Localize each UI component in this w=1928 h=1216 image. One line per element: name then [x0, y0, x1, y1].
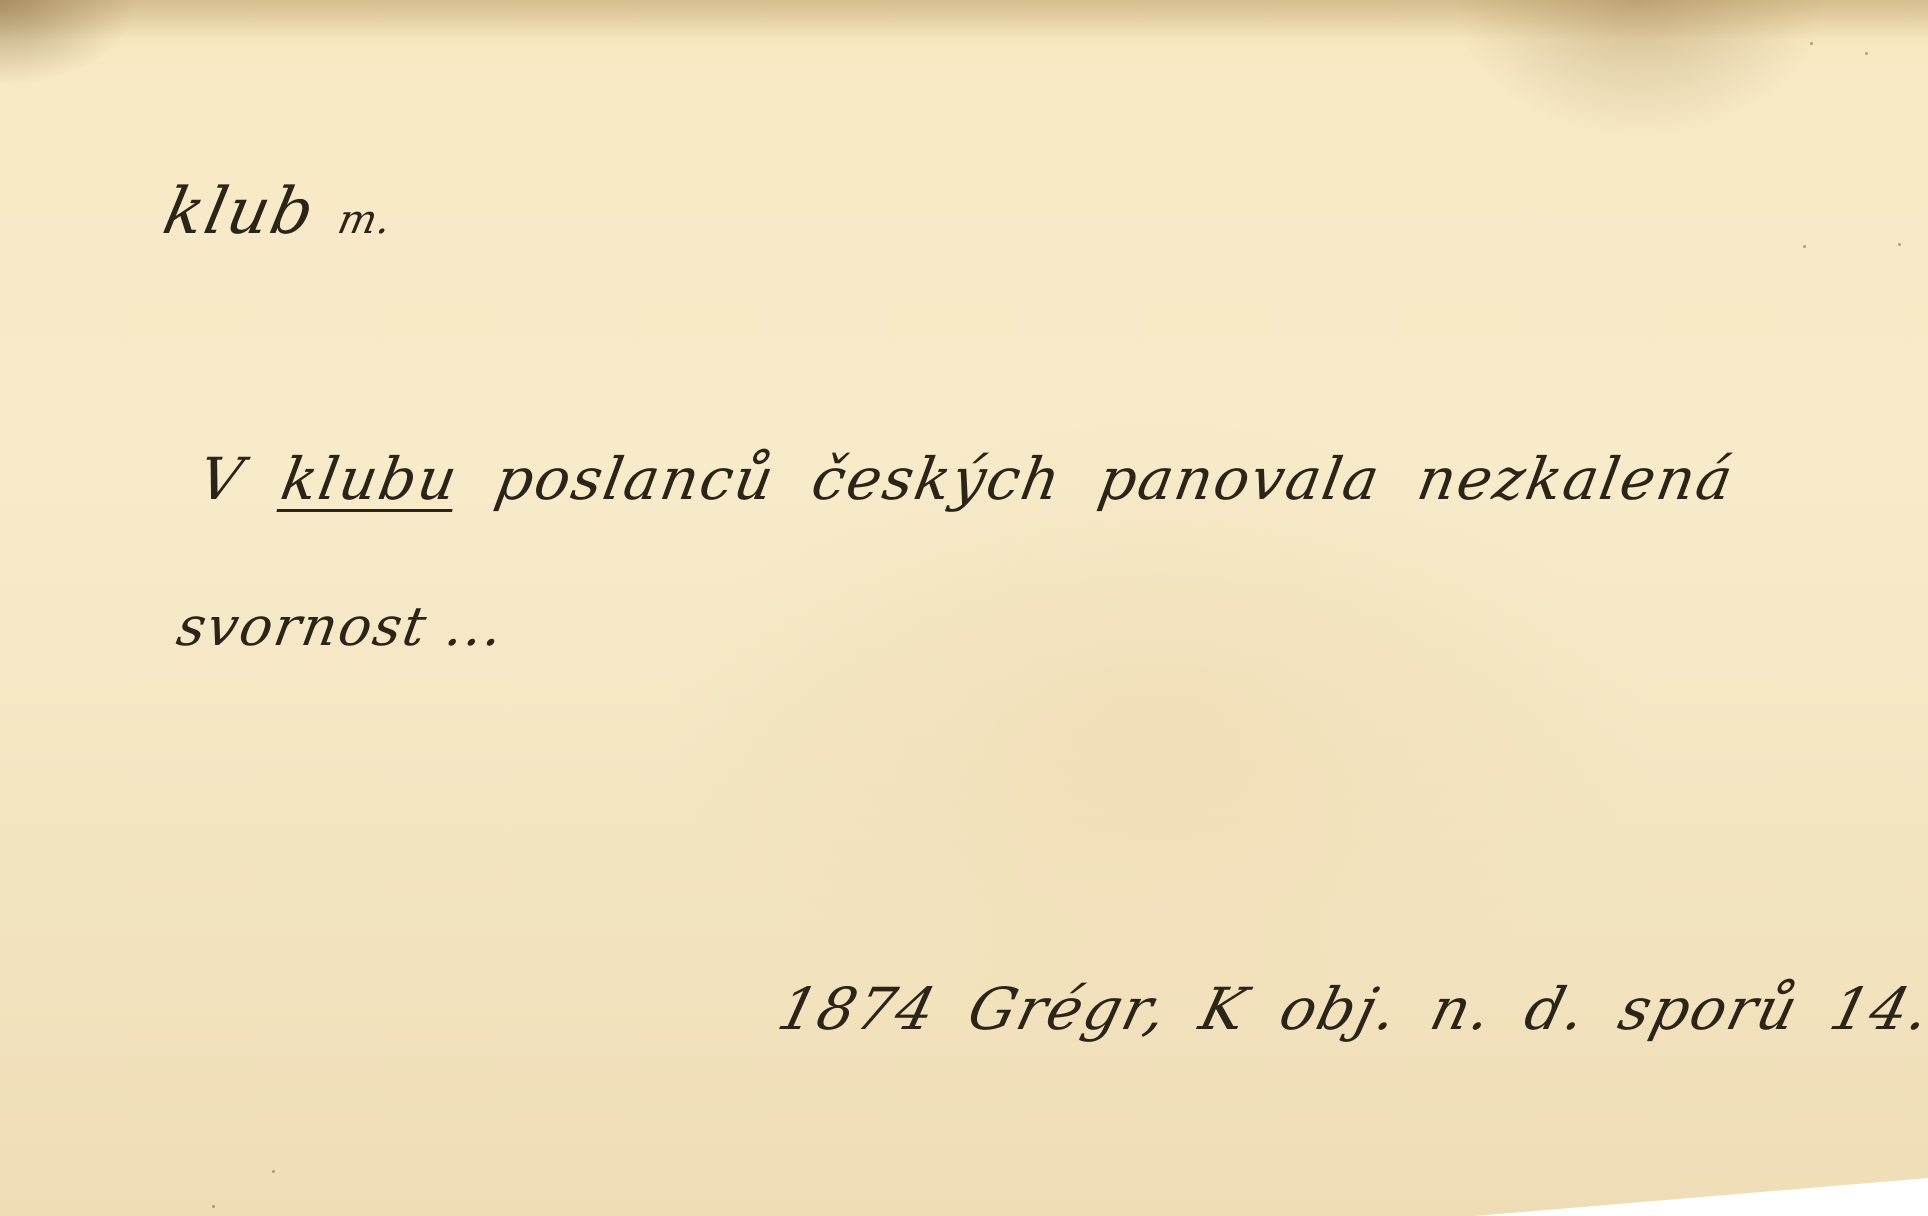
headword: klub	[157, 175, 322, 249]
source-citation: 1874 Grégr, K obj. n. d. sporů 14. 30,	[772, 975, 1928, 1043]
paper-speck	[1865, 52, 1868, 55]
index-card: klubm. V klubu poslanců českých panovala…	[0, 0, 1928, 1216]
source-location: 14. 30,	[1824, 975, 1928, 1043]
paper-speck	[1810, 42, 1813, 45]
example-headword-underlined: klubu	[276, 445, 464, 513]
paper-speck	[272, 1170, 275, 1173]
paper-speck	[1898, 243, 1901, 246]
example-line1-rest: poslanců českých panovala nezkalená	[490, 445, 1739, 513]
example-prefix: V	[194, 445, 250, 513]
card-edge-shadow	[0, 0, 1928, 40]
example-sentence-line-1: V klubu poslanců českých panovala nezkal…	[194, 445, 1739, 513]
source-work: K obj. n. d. sporů	[1193, 975, 1806, 1043]
paper-speck	[1803, 245, 1806, 248]
grammatical-gender: m.	[334, 197, 396, 243]
source-author: Grégr,	[962, 975, 1176, 1043]
headword-line: klubm.	[157, 175, 401, 249]
example-line2: svornost ...	[172, 595, 509, 658]
source-year: 1874	[772, 975, 945, 1043]
paper-speck	[212, 1205, 215, 1208]
example-sentence-line-2: svornost ...	[172, 595, 509, 658]
